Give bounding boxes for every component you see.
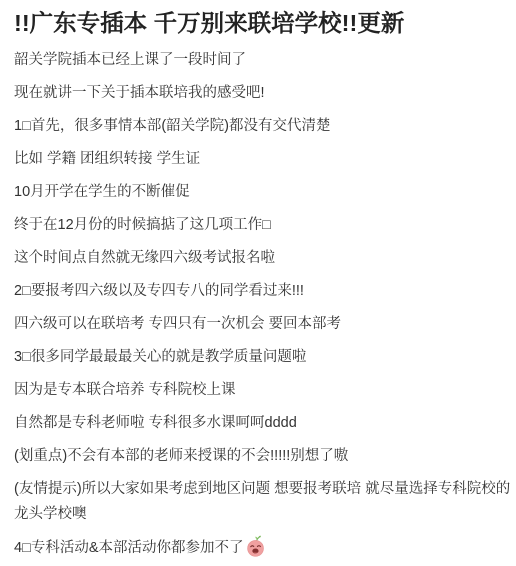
post-paragraph: 现在就讲一下关于插本联培我的感受吧!: [14, 81, 516, 106]
post-content: !!广东专插本 千万别来联培学校!!更新 韶关学院插本已经上课了一段时间了 现在…: [0, 0, 516, 561]
post-paragraph: 韶关学院插本已经上课了一段时间了: [14, 48, 516, 73]
post-paragraph: 终于在12月份的时候搞掂了这几项工作□: [14, 213, 516, 238]
post-paragraph: 10月开学在学生的不断催促: [14, 180, 516, 205]
post-title: !!广东专插本 千万别来联培学校!!更新: [14, 7, 516, 40]
post-paragraph: 四六级可以在联培考 专四只有一次机会 要回本部考: [14, 312, 516, 337]
post-paragraph-text: 4□专科活动&本部活动你都参加不了: [14, 540, 244, 556]
post-paragraph: 3□很多同学最最最关心的就是教学质量问题啦: [14, 345, 516, 370]
post-paragraph: 这个时间点自然就无缘四六级考试报名啦: [14, 246, 516, 271]
post-paragraph: 自然都是专科老师啦 专科很多水课呵呵dddd: [14, 411, 516, 436]
post-paragraph: 比如 学籍 团组织转接 学生证: [14, 147, 516, 172]
crying-sprout-face-emoji-icon: [245, 535, 267, 557]
post-paragraph: (友情提示)所以大家如果考虑到地区问题 想要报考联培 就尽量选择专科院校的龙头学…: [14, 477, 516, 527]
post-paragraph-final: 4□专科活动&本部活动你都参加不了: [14, 535, 516, 561]
post-paragraph: 1□首先，很多事情本部(韶关学院)都没有交代清楚: [14, 114, 516, 139]
post-paragraph: 因为是专本联合培养 专科院校上课: [14, 378, 516, 403]
post-paragraph: (划重点)不会有本部的老师来授课的不会!!!!!别想了嗷: [14, 444, 516, 469]
post-paragraph: 2□要报考四六级以及专四专八的同学看过来!!!: [14, 279, 516, 304]
